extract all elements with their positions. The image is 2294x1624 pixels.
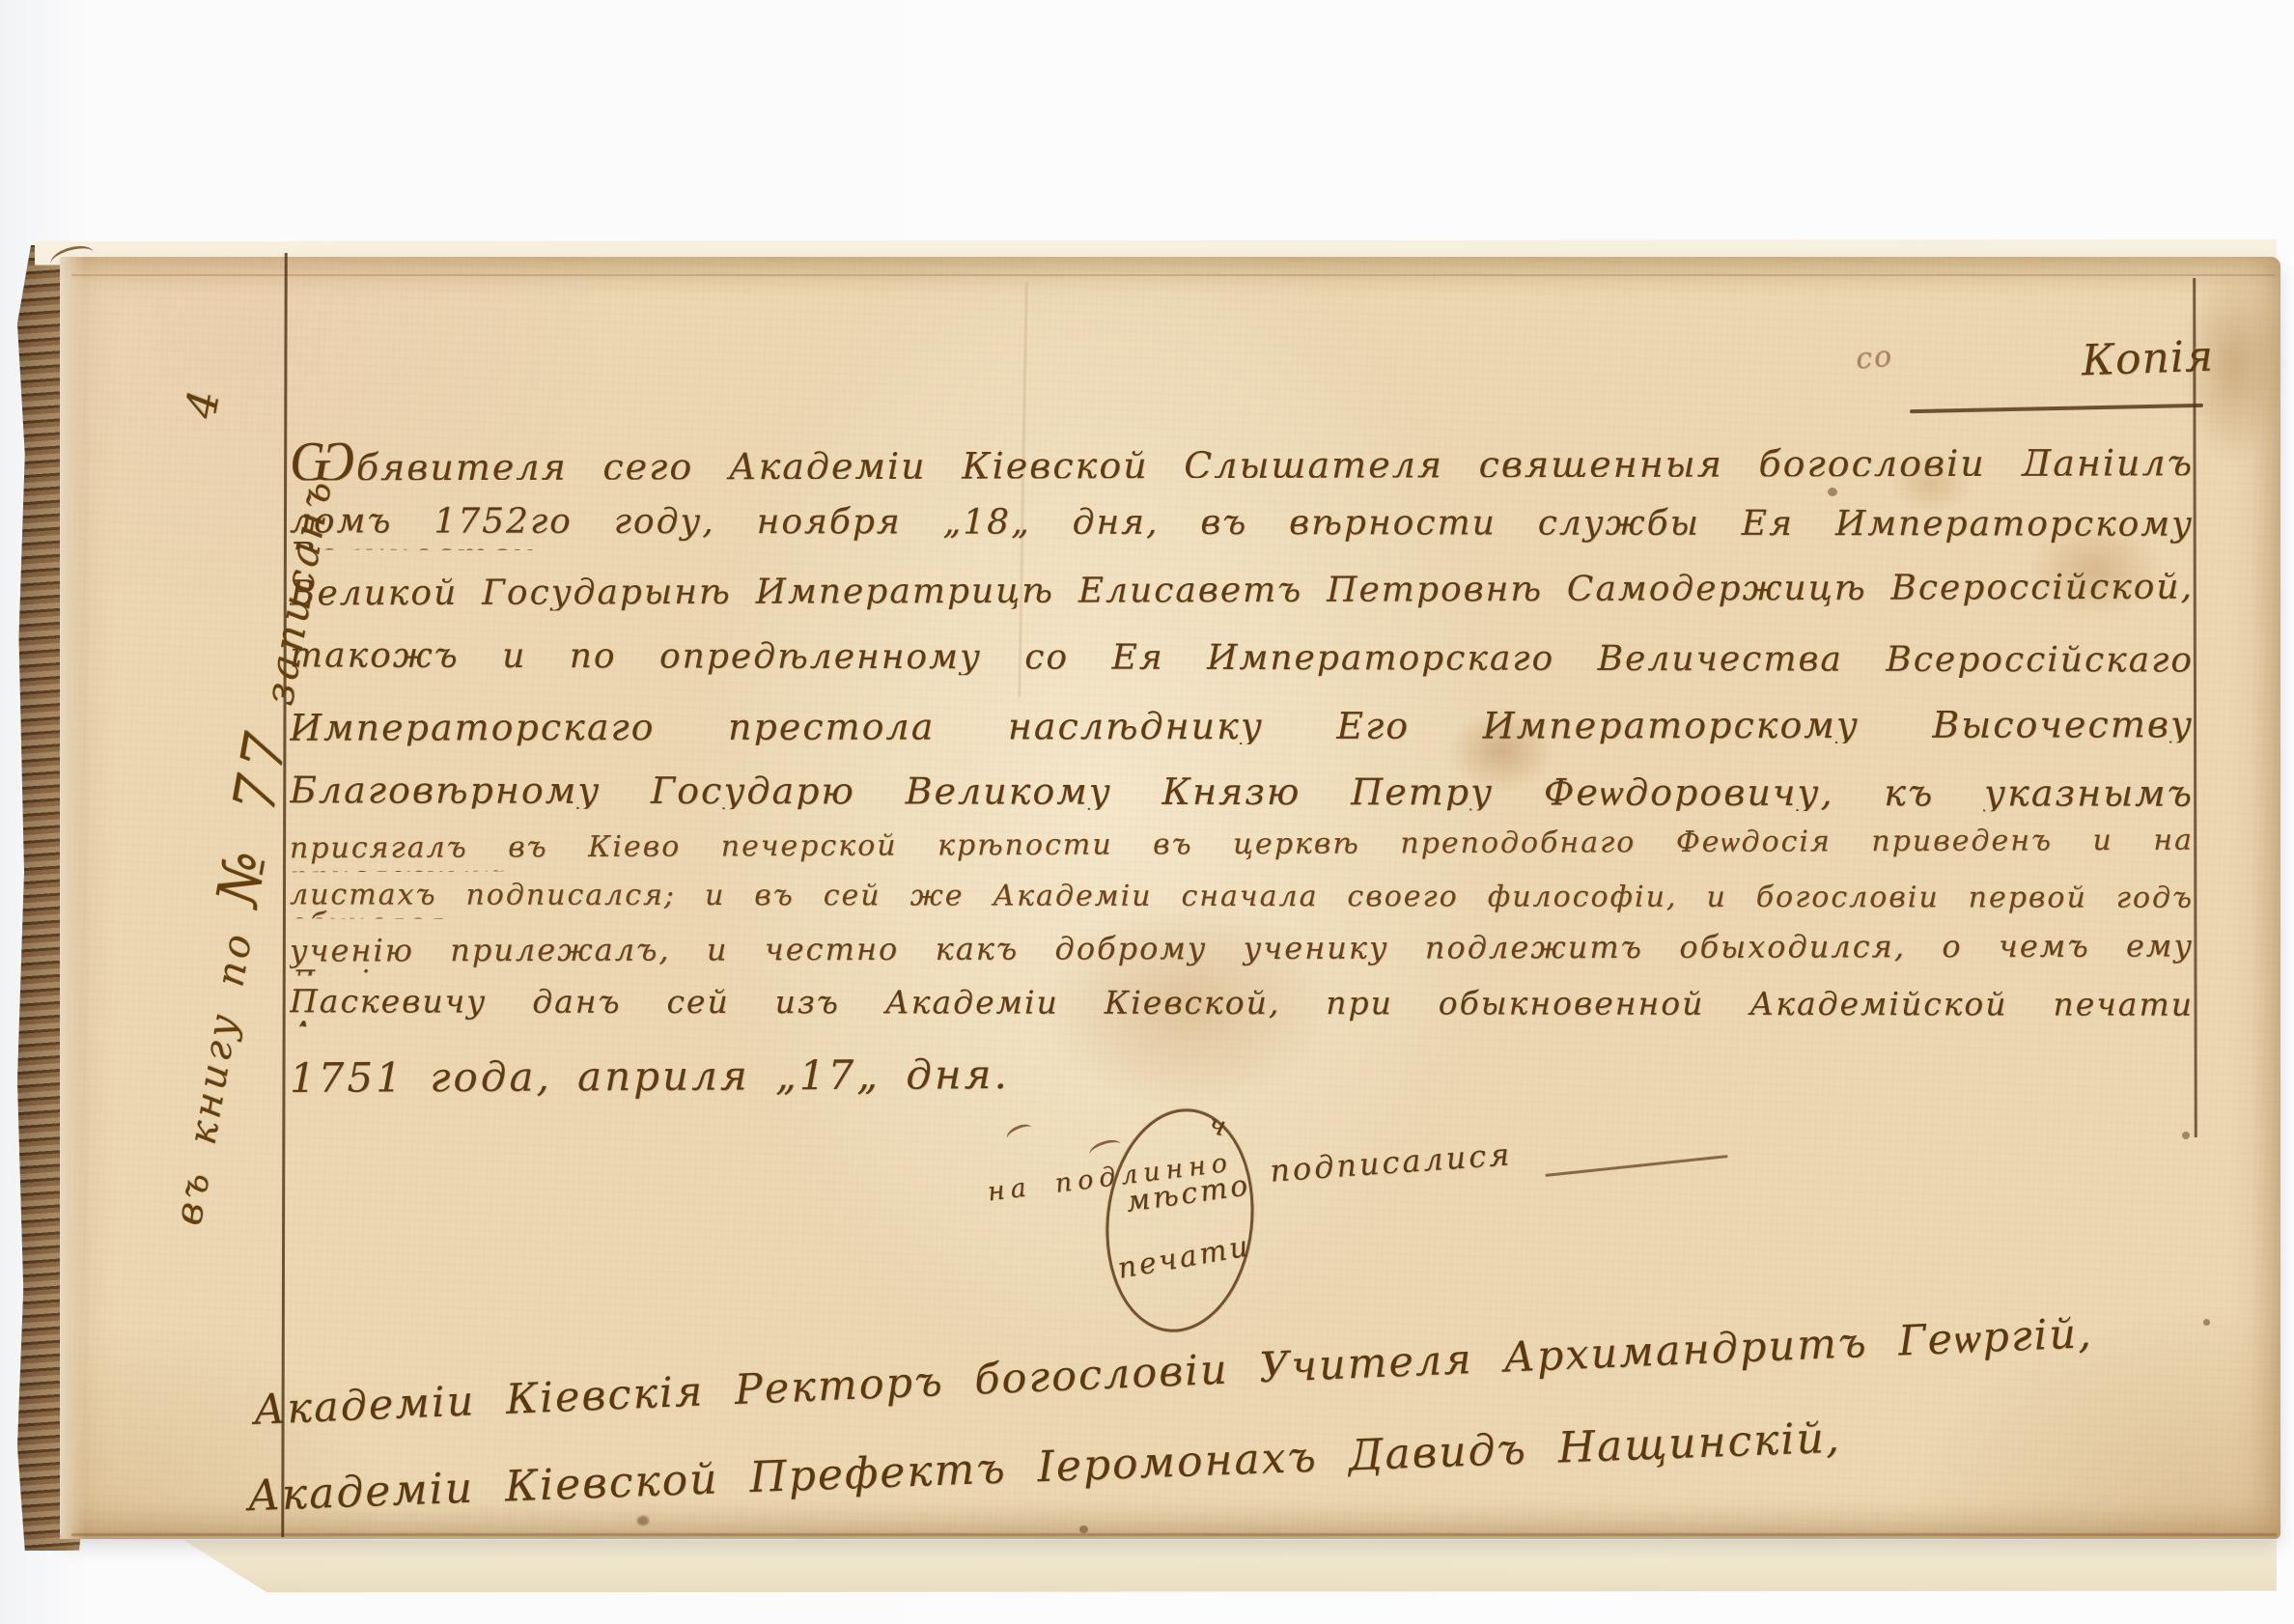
date-line: 1751 года, априля „17„ дня. (290, 1054, 1010, 1099)
ink-speck (637, 1516, 649, 1526)
body-line: Паскевичу данъ сей изъ Академіи Кіевской… (290, 985, 2194, 1029)
body-line: ломъ 1752го году, ноября „18„ дня, въ вѣ… (290, 504, 2194, 552)
bottom-fold-line (71, 1533, 2277, 1536)
ink-speck (1079, 1526, 1088, 1533)
body-line: Великой Государынѣ Императрицѣ Елисаветъ… (290, 571, 2194, 612)
photo-backdrop: Копія со 4 въ книгу по№ 77записанъ Ѡбяви… (0, 0, 2294, 1624)
body-line: такожъ и по опредѣленному со Ея Императо… (290, 638, 2194, 678)
copy-annotation: Копія (2081, 336, 2215, 383)
body-line: Ѡбявителя сего Академіи Кіевской Слышате… (290, 428, 2194, 481)
ink-speck (2182, 1132, 2190, 1139)
sheet-left-torn-edge (60, 257, 85, 1539)
body-line: Императорскаго престола наслѣднику Его И… (290, 706, 2194, 745)
horizontal-crease (71, 274, 2275, 276)
ink-speck (2203, 1319, 2210, 1326)
faint-ink-mark: со (1855, 342, 1894, 374)
body-line: ученію прилежалъ, и честно какъ доброму … (290, 930, 2194, 975)
underlying-page-bottom-edge (183, 1534, 2277, 1598)
body-line: листахъ подписался; и въ сей же Академіи… (290, 881, 2194, 921)
ink-speck (1828, 488, 1837, 496)
body-line: Благовѣрному Государю Великому Князю Пет… (290, 771, 2194, 811)
